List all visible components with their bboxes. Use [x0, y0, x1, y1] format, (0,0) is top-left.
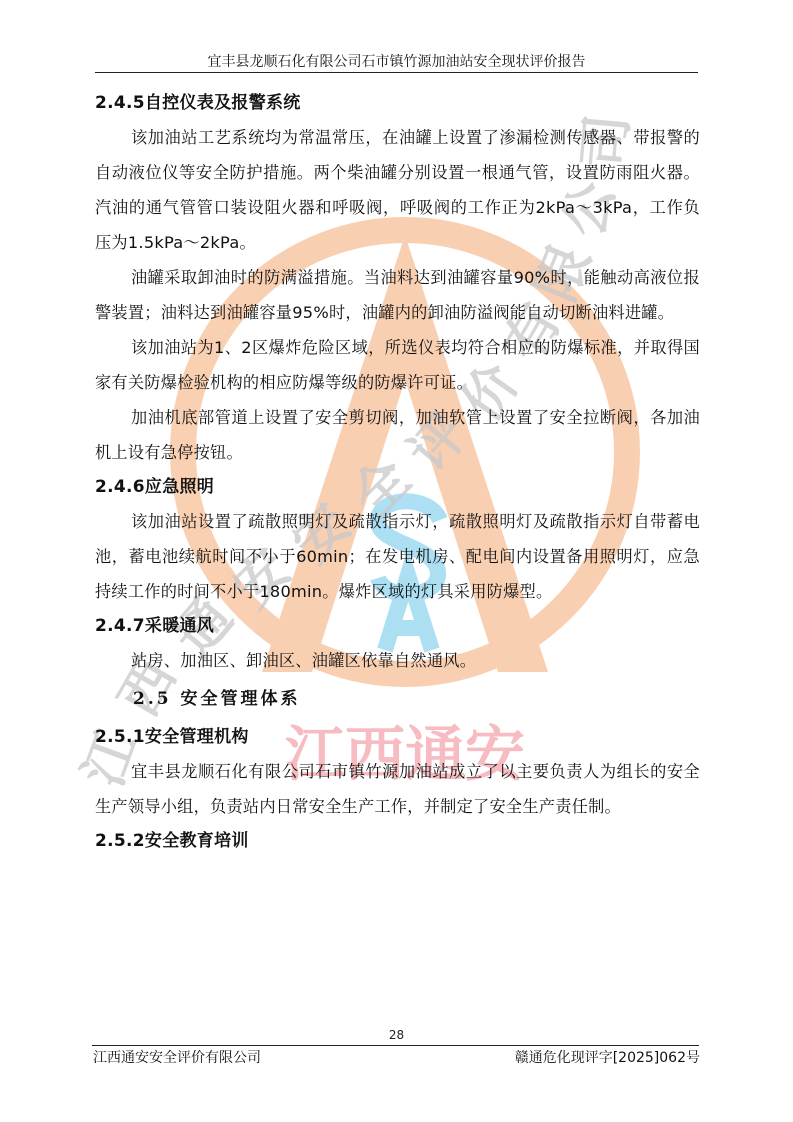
- paragraph-safety-organization: 宜丰县龙顺石化有限公司石市镇竹源加油站成立了以主要负责人为组长的安全生产领导小组…: [95, 754, 700, 824]
- header-divider: [95, 72, 698, 73]
- section-heading-2-4-7: 2.4.7采暖通风: [95, 609, 700, 643]
- section-heading-2-4-6: 2.4.6应急照明: [95, 470, 700, 504]
- page-number: 28: [0, 1028, 793, 1042]
- section-heading-2-5: 2.5 安全管理体系: [95, 678, 700, 720]
- paragraph-ventilation: 站房、加油区、卸油区、油罐区依靠自然通风。: [95, 643, 700, 678]
- paragraph-overflow-prevention: 油罐采取卸油时的防满溢措施。当油料达到油罐容量90%时，能触动高液位报警装置；油…: [95, 260, 700, 330]
- paragraph-emergency-lighting: 该加油站设置了疏散照明灯及疏散指示灯，疏散照明灯及疏散指示灯自带蓄电池，蓄电池续…: [95, 504, 700, 609]
- running-header-title: 宜丰县龙顺石化有限公司石市镇竹源加油站安全现状评价报告: [0, 51, 793, 71]
- section-heading-2-5-2: 2.5.2安全教育培训: [95, 824, 700, 858]
- paragraph-instrument-safety: 该加油站工艺系统均为常温常压，在油罐上设置了渗漏检测传感器、带报警的自动液位仪等…: [95, 120, 700, 260]
- footer-divider: [92, 1045, 699, 1046]
- document-body: 2.4.5自控仪表及报警系统 该加油站工艺系统均为常温常压，在油罐上设置了渗漏检…: [95, 86, 700, 858]
- section-heading-2-4-5: 2.4.5自控仪表及报警系统: [95, 86, 700, 120]
- section-heading-2-5-1: 2.5.1安全管理机构: [95, 720, 700, 754]
- paragraph-explosion-zone: 该加油站为1、2区爆炸危险区域，所选仪表均符合相应的防爆标准，并取得国家有关防爆…: [95, 330, 700, 400]
- footer-report-number: 赣通危化现评字[2025]062号: [515, 1047, 700, 1067]
- footer-company: 江西通安安全评价有限公司: [93, 1047, 261, 1067]
- paragraph-dispenser-valves: 加油机底部管道上设置了安全剪切阀，加油软管上设置了安全拉断阀，各加油机上设有急停…: [95, 400, 700, 470]
